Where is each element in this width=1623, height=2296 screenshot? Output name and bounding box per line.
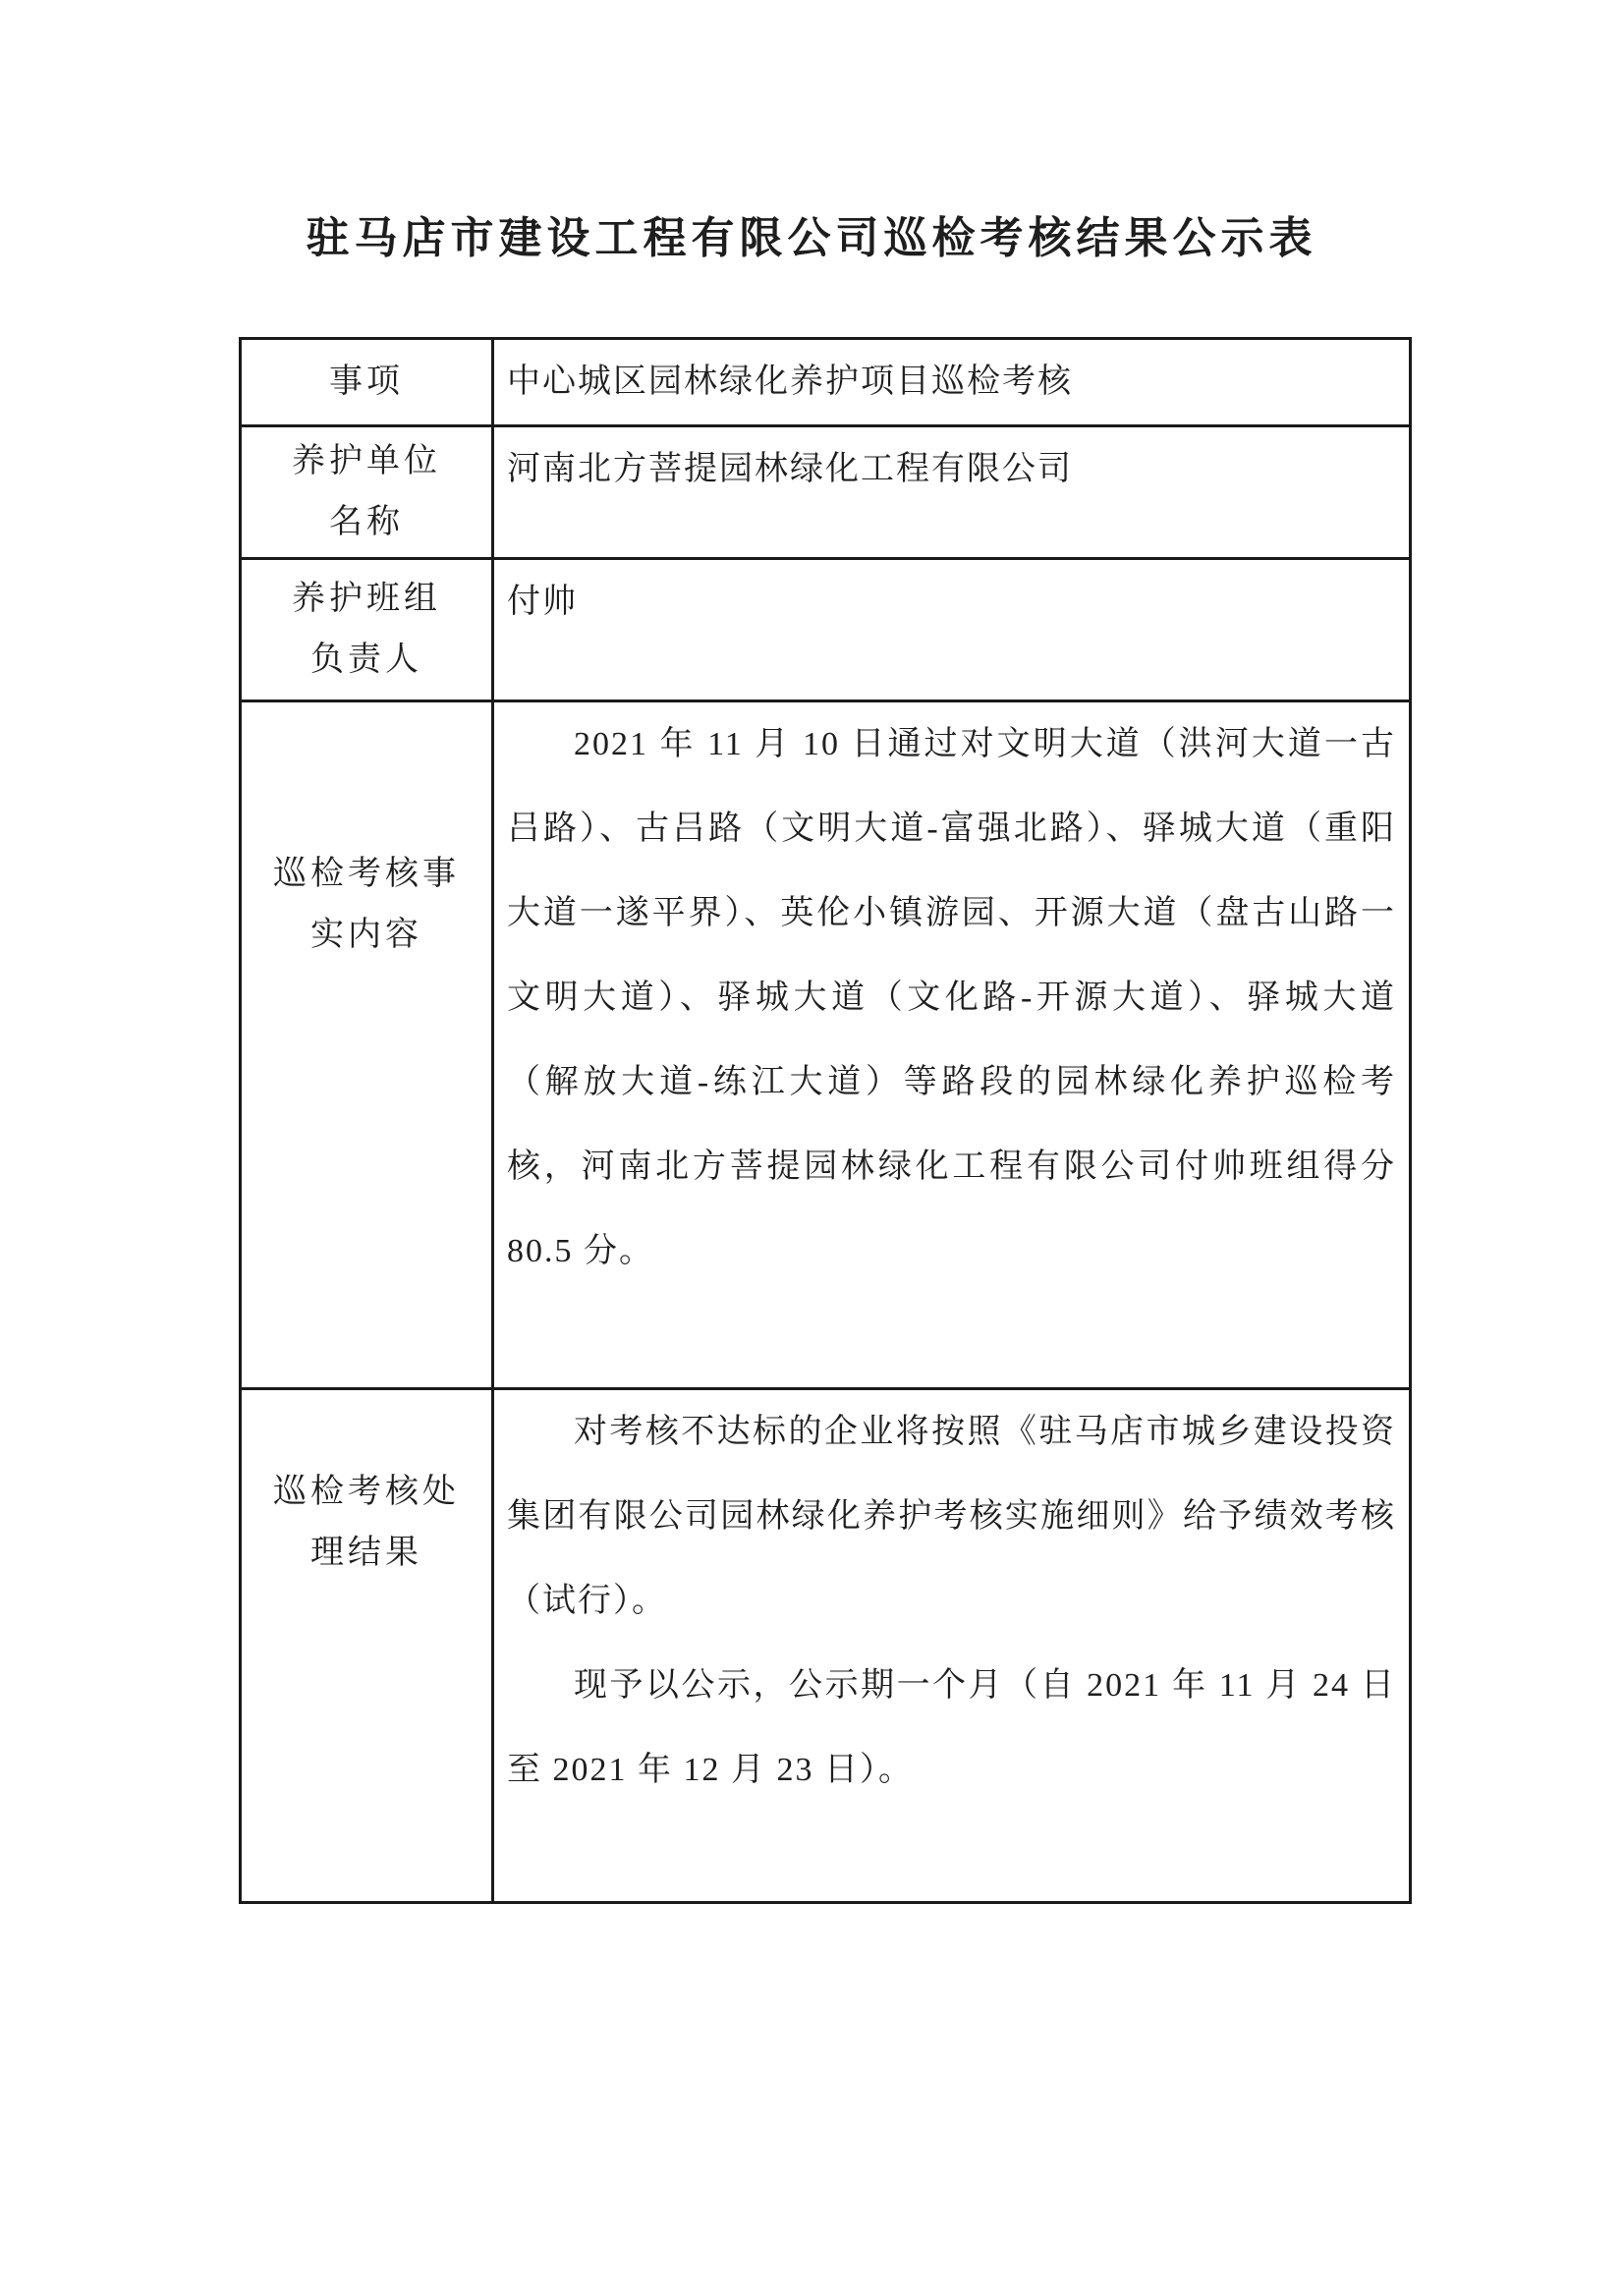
document-page: 驻马店市建设工程有限公司巡检考核结果公示表 事项 中心城区园林绿化养护项目巡检考… [0, 0, 1623, 2296]
label-line: 实内容 [242, 905, 491, 966]
table-row-team-leader: 养护班组 负责人 付帅 [241, 559, 1411, 701]
page-title: 驻马店市建设工程有限公司巡检考核结果公示表 [0, 215, 1623, 262]
content-paragraph: 现予以公示，公示期一个月（自 2021 年 11 月 24 日至 2021 年 … [507, 1644, 1396, 1813]
content-paragraph: 付帅 [507, 560, 1396, 644]
row-label-cell: 巡检考核事 实内容 [241, 701, 493, 1389]
row-label-cell: 养护班组 负责人 [241, 559, 493, 701]
row-content-cell: 付帅 [493, 559, 1411, 701]
assessment-result-table: 事项 中心城区园林绿化养护项目巡检考核 养护单位 名称 河南北方菩提园林绿化工程… [239, 337, 1412, 1904]
table-row-inspection-facts: 巡检考核事 实内容 2021 年 11 月 10 日通过对文明大道（洪河大道一古… [241, 701, 1411, 1389]
label-line: 巡检考核处 [242, 1462, 491, 1523]
label-line: 养护单位 [242, 431, 491, 492]
table-row-handling-result: 巡检考核处 理结果 对考核不达标的企业将按照《驻马店市城乡建设投资集团有限公司园… [241, 1389, 1411, 1903]
label-line: 巡检考核事 [242, 844, 491, 905]
content-paragraph: 中心城区园林绿化养护项目巡检考核 [507, 340, 1396, 424]
row-label-cell: 巡检考核处 理结果 [241, 1389, 493, 1903]
label-line: 事项 [242, 352, 491, 413]
table-row-item: 事项 中心城区园林绿化养护项目巡检考核 [241, 339, 1411, 426]
content-paragraph: 对考核不达标的企业将按照《驻马店市城乡建设投资集团有限公司园林绿化养护考核实施细… [507, 1390, 1396, 1644]
row-content-cell: 2021 年 11 月 10 日通过对文明大道（洪河大道一古吕路）、古吕路（文明… [493, 701, 1411, 1389]
label-line: 养护班组 [242, 569, 491, 630]
row-content-cell: 对考核不达标的企业将按照《驻马店市城乡建设投资集团有限公司园林绿化养护考核实施细… [493, 1389, 1411, 1903]
row-content-cell: 中心城区园林绿化养护项目巡检考核 [493, 339, 1411, 426]
content-paragraph: 2021 年 11 月 10 日通过对文明大道（洪河大道一古吕路）、古吕路（文明… [507, 702, 1396, 1294]
row-label-cell: 养护单位 名称 [241, 426, 493, 559]
label-line: 名称 [242, 492, 491, 553]
row-label-cell: 事项 [241, 339, 493, 426]
content-paragraph: 河南北方菩提园林绿化工程有限公司 [507, 427, 1396, 512]
row-content-cell: 河南北方菩提园林绿化工程有限公司 [493, 426, 1411, 559]
label-line: 负责人 [242, 630, 491, 691]
table-row-maintenance-unit: 养护单位 名称 河南北方菩提园林绿化工程有限公司 [241, 426, 1411, 559]
label-line: 理结果 [242, 1523, 491, 1584]
